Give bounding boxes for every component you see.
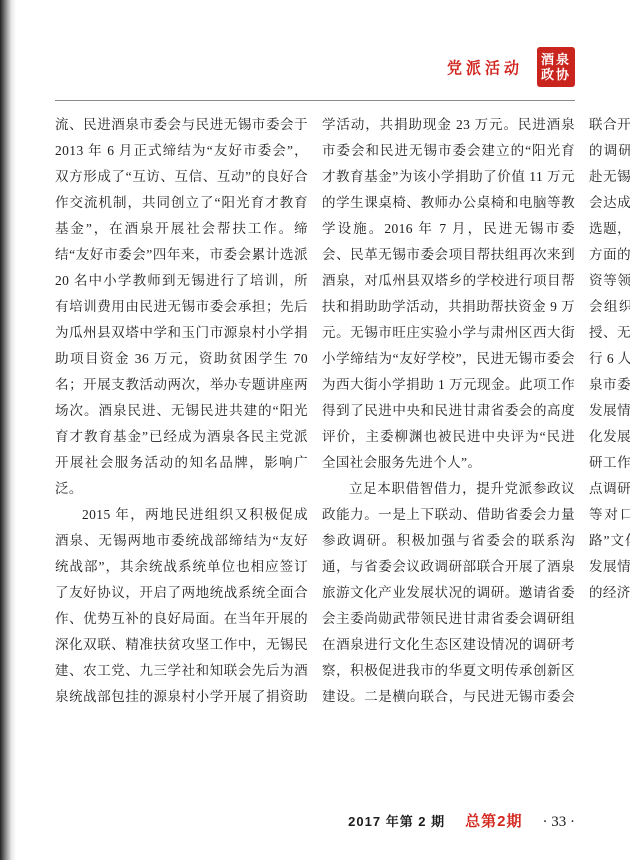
seal-text-line1: 酒泉 [541,52,571,67]
section-label: 党派活动 [447,56,523,78]
cumulative-issue-label: 总第2期 [465,810,522,831]
page-number: · 33 · [543,814,576,831]
magazine-page: 党派活动 酒泉 政协 流、民进酒泉市委会与民进无锡市委会于 2013 年 6 月… [0,0,630,860]
issue-label: 2017 年第 2 期 [348,811,445,830]
article-body: 流、民进酒泉市委会与民进无锡市委会于 2013 年 6 月正式缔结为“友好市委会… [55,112,575,716]
page-header: 党派活动 酒泉 政协 [55,44,575,90]
page-footer: 2017 年第 2 期 总第2期 · 33 · [55,810,575,832]
page-spine-shadow [0,0,16,860]
red-seal-icon: 酒泉 政协 [537,47,575,87]
seal-text-line2: 政协 [541,67,571,82]
header-rule [55,100,575,101]
paragraph-continuation: 流、民进酒泉市委会与民进无锡市委会于 2013 年 6 月正式缔结为“友好市委会… [55,112,308,502]
